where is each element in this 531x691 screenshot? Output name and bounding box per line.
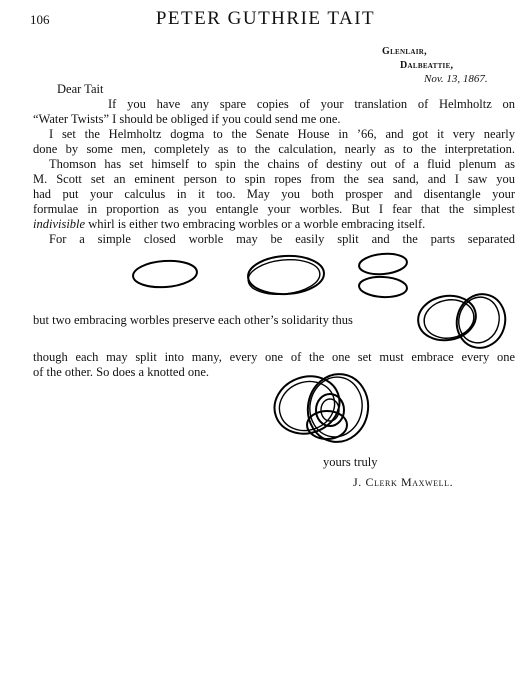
letter-date: Nov. 13, 1867. bbox=[424, 73, 488, 85]
address-line-2: Dalbeattie, bbox=[400, 60, 453, 71]
body-line: of the other. So does a knotted one. bbox=[33, 365, 515, 380]
address-line-1: Glenlair, bbox=[382, 46, 427, 57]
signature: J. Clerk Maxwell. bbox=[353, 475, 453, 490]
salutation: Dear Tait bbox=[57, 82, 103, 97]
body-line: Thomson has set himself to spin the chai… bbox=[33, 157, 515, 172]
body-line: M. Scott set an eminent person to spin r… bbox=[33, 172, 515, 187]
body-line: done by some men, completely as to the c… bbox=[33, 142, 515, 157]
body-line: If you have any spare copies of your tra… bbox=[33, 97, 515, 112]
body-line: “Water Twists” I should be obliged if yo… bbox=[33, 112, 515, 127]
body-line-with-italic: indivisible whirl is either two embracin… bbox=[33, 217, 515, 232]
closing: yours truly bbox=[323, 455, 378, 470]
running-title: PETER GUTHRIE TAIT bbox=[0, 8, 531, 30]
body-line: though each may split into many, every o… bbox=[33, 350, 515, 365]
body-line: but two embracing worbles preserve each … bbox=[33, 313, 403, 328]
body-line: formulae in proportion as you entangle y… bbox=[33, 202, 515, 217]
body-line-rest: whirl is either two embracing worbles or… bbox=[88, 217, 425, 231]
body-line: For a simple closed worble may be easily… bbox=[33, 232, 515, 247]
italic-word: indivisible bbox=[33, 217, 85, 231]
body-line: had put your calculus in it too. May you… bbox=[33, 187, 515, 202]
body-line: I set the Helmholtz dogma to the Senate … bbox=[33, 127, 515, 142]
